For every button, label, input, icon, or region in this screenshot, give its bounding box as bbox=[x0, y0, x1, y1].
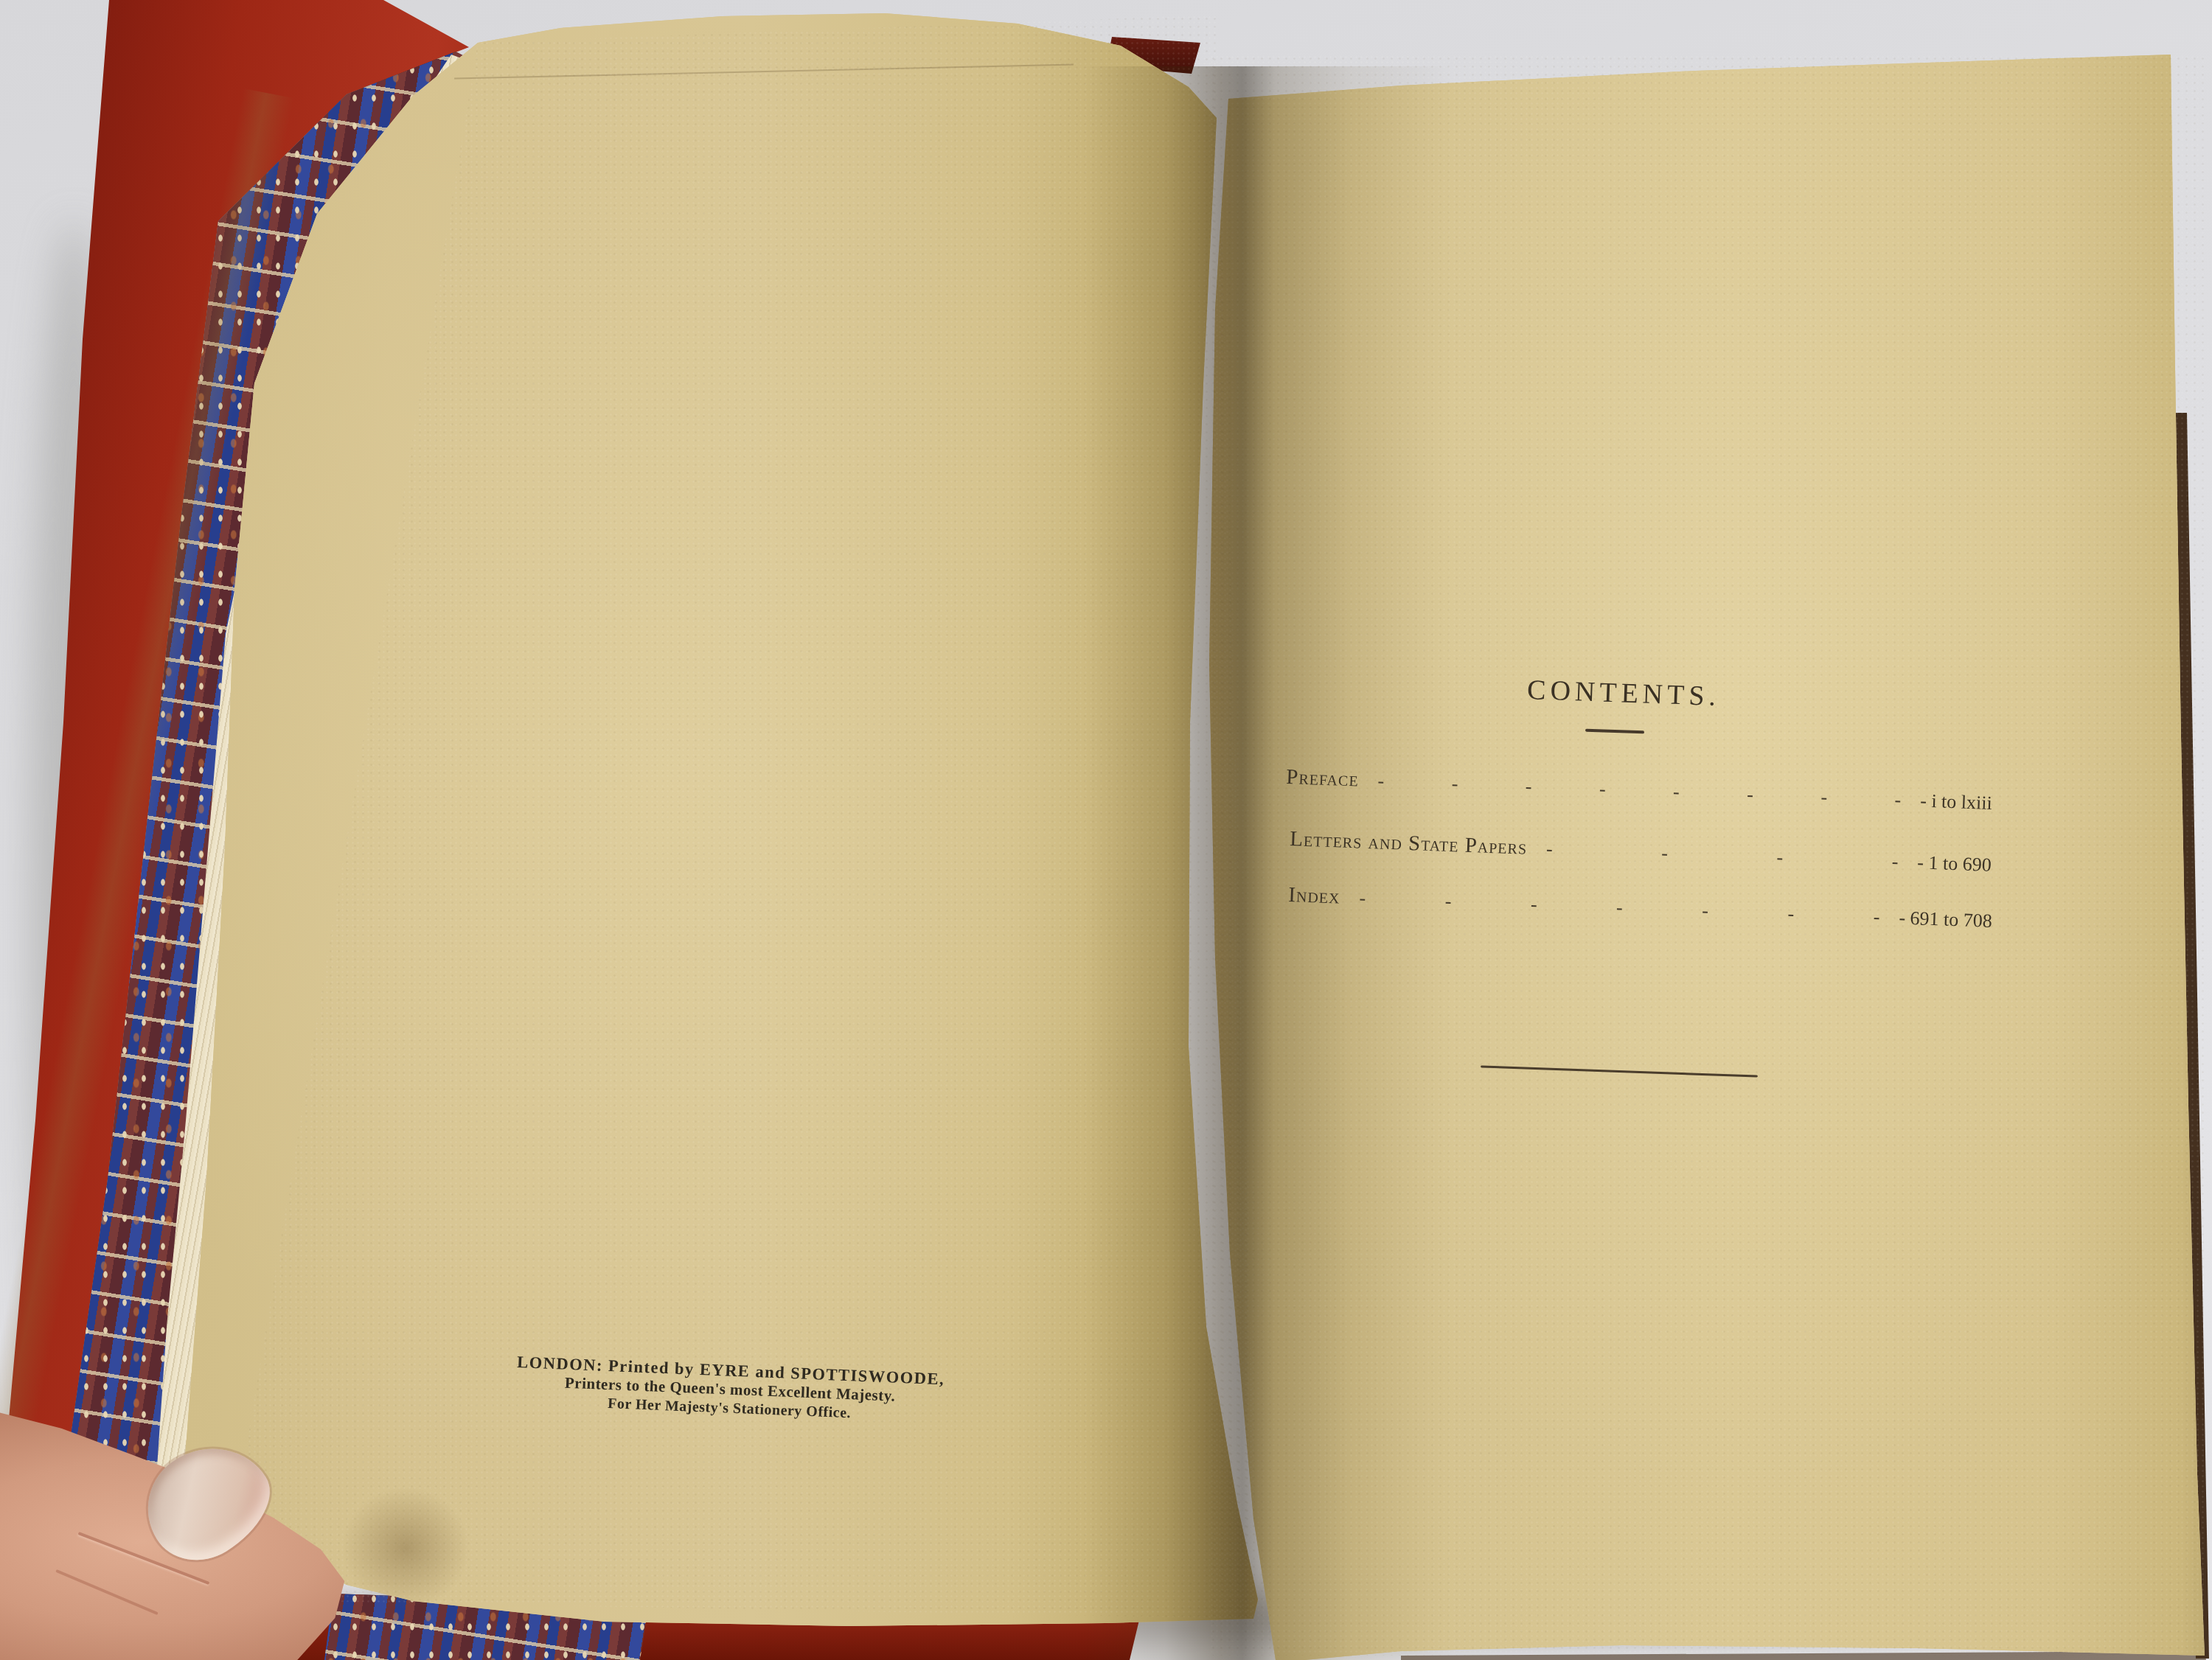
toc-page-range: - 691 to 708 bbox=[1899, 907, 1992, 932]
toc-page-range: - i to lxiii bbox=[1920, 790, 1993, 815]
thumb-cast-shadow bbox=[317, 1463, 494, 1633]
toc-label: Preface bbox=[1286, 765, 1359, 792]
book-photo: LONDON: Printed by EYRE and SPOTTISWOODE… bbox=[0, 0, 2212, 1660]
toc-label: Index bbox=[1288, 883, 1340, 910]
toc-page-range: - 1 to 690 bbox=[1917, 851, 1992, 876]
